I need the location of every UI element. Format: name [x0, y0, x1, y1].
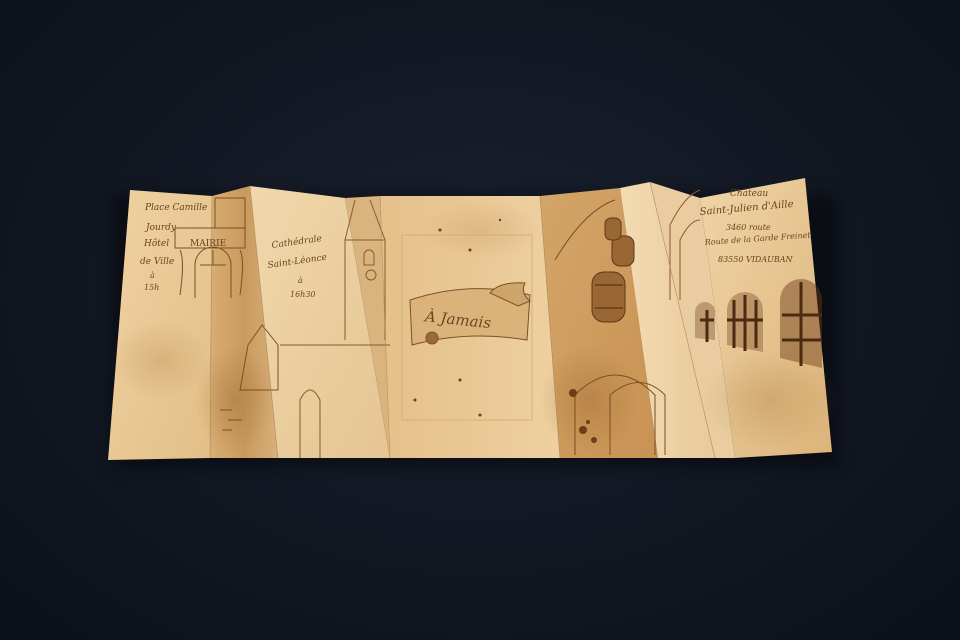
folded-card: MAIRIE Place Camille Jourdy Hôtel de Vil… [0, 0, 960, 640]
svg-text:à: à [150, 271, 155, 280]
svg-text:16h30: 16h30 [290, 290, 316, 299]
svg-text:Place Camille: Place Camille [144, 203, 207, 213]
svg-text:Château: Château [730, 188, 768, 199]
svg-text:83550 VIDAUBAN: 83550 VIDAUBAN [718, 255, 794, 264]
svg-text:15h: 15h [144, 283, 159, 292]
svg-text:à: à [298, 276, 303, 285]
svg-text:Hôtel: Hôtel [143, 238, 169, 249]
svg-text:de Ville: de Ville [140, 257, 174, 267]
svg-text:Jourdy: Jourdy [144, 223, 177, 233]
photo-scene: MAIRIE Place Camille Jourdy Hôtel de Vil… [0, 0, 960, 640]
svg-text:3460 route: 3460 route [726, 223, 771, 232]
